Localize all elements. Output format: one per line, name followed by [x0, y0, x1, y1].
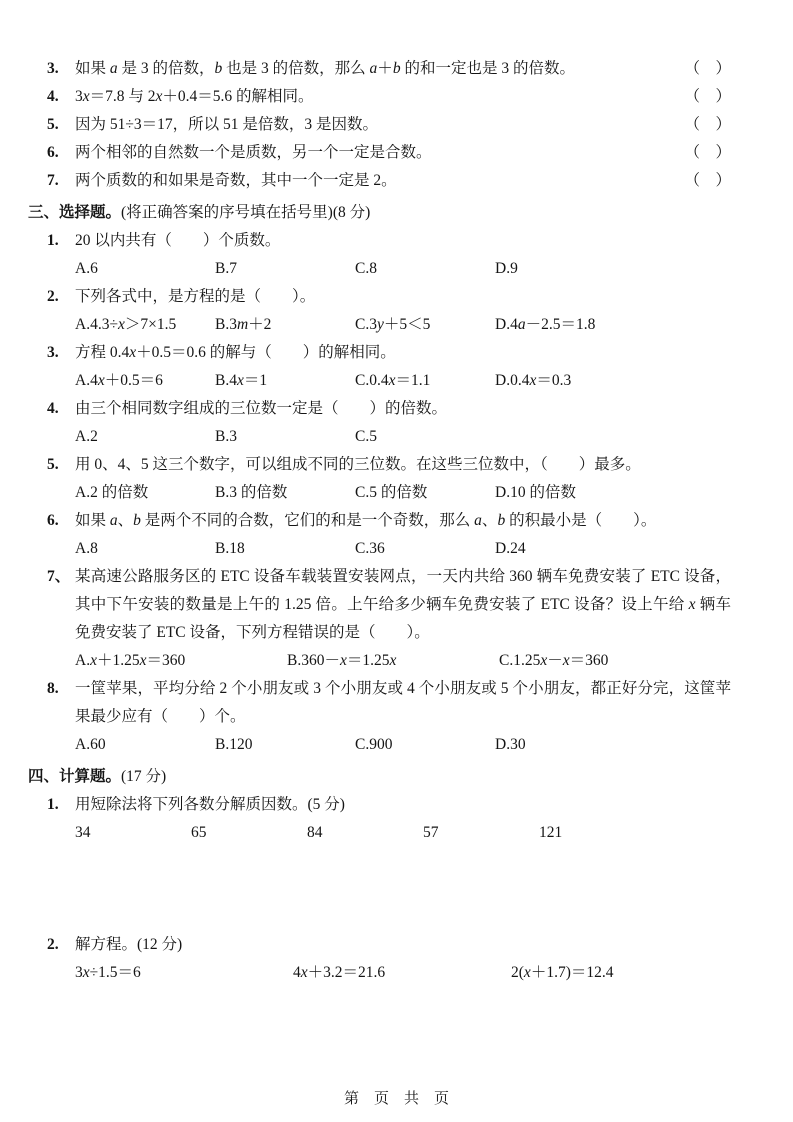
question-stem-row: 1. 20 以内共有（ ）个质数。 — [28, 227, 731, 255]
option: B.3 的倍数 — [215, 479, 355, 507]
section-note: (将正确答案的序号填在括号里)(8 分) — [121, 204, 370, 221]
true-false-item: 3. 如果 a 是 3 的倍数，b 也是 3 的倍数，那么 a＋b 的和一定也是… — [28, 55, 731, 83]
number-item: 34 — [75, 819, 191, 847]
number-item: 57 — [423, 819, 539, 847]
number-item: 121 — [539, 819, 655, 847]
option: A.x＋1.25x＝360 — [75, 647, 287, 675]
option: C.1.25x－x＝360 — [499, 647, 711, 675]
question-stem: 方程 0.4x＋0.5＝0.6 的解与（ ）的解相同。 — [75, 339, 731, 367]
question: 8. 一筐苹果，平均分给 2 个小朋友或 3 个小朋友或 4 个小朋友或 5 个… — [28, 675, 731, 759]
options-row: A.6 B.7 C.8 D.9 — [28, 255, 731, 283]
question-number: 5. — [47, 451, 75, 479]
question-stem-row: 5. 用 0、4、5 这三个数字，可以组成不同的三位数。在这些三位数中，（ ）最… — [28, 451, 731, 479]
option: B.120 — [215, 731, 355, 759]
question-stem: 用 0、4、5 这三个数字，可以组成不同的三位数。在这些三位数中，（ ）最多。 — [75, 451, 731, 479]
sub-question-text: 用短除法将下列各数分解质因数。(5 分) — [75, 791, 731, 819]
option: C.0.4x＝1.1 — [355, 367, 495, 395]
option: B.3m＋2 — [215, 311, 355, 339]
question-stem: 如果 a、b 是两个不同的合数，它们的和是一个奇数，那么 a、b 的积最小是（ … — [75, 507, 731, 535]
sub-question-text: 解方程。(12 分) — [75, 931, 731, 959]
true-false-item: 6. 两个相邻的自然数一个是质数，另一个一定是合数。 （ ） — [28, 139, 731, 167]
options-row: A.4.3÷x＞7×1.5 B.3m＋2 C.3y＋5＜5 D.4a－2.5＝1… — [28, 311, 731, 339]
item-text: 两个质数的和如果是奇数，其中一个一定是 2。 — [75, 167, 676, 195]
equation-item: 3x÷1.5＝6 — [75, 959, 293, 987]
option: B.18 — [215, 535, 355, 563]
option: B.3 — [215, 423, 355, 451]
section-title: 三、选择题。 — [28, 204, 121, 221]
section-heading: 三、选择题。(将正确答案的序号填在括号里)(8 分) — [28, 199, 731, 227]
calculation-section: 四、计算题。(17 分) 1. 用短除法将下列各数分解质因数。(5 分) 34 … — [28, 763, 731, 987]
true-false-item: 7. 两个质数的和如果是奇数，其中一个一定是 2。 （ ） — [28, 167, 731, 195]
true-false-item: 5. 因为 51÷3＝17，所以 51 是倍数，3 是因数。 （ ） — [28, 111, 731, 139]
true-false-item: 4. 3x＝7.8 与 2x＋0.4＝5.6 的解相同。 （ ） — [28, 83, 731, 111]
question: 1. 20 以内共有（ ）个质数。 A.6 B.7 C.8 D.9 — [28, 227, 731, 283]
option: D.9 — [495, 255, 635, 283]
options-row: A.60 B.120 C.900 D.30 — [28, 731, 731, 759]
option: D.0.4x＝0.3 — [495, 367, 635, 395]
option: D.4a－2.5＝1.8 — [495, 311, 635, 339]
question: 3. 方程 0.4x＋0.5＝0.6 的解与（ ）的解相同。 A.4x＋0.5＝… — [28, 339, 731, 395]
option: D.10 的倍数 — [495, 479, 635, 507]
exam-page: 3. 如果 a 是 3 的倍数，b 也是 3 的倍数，那么 a＋b 的和一定也是… — [0, 0, 793, 1122]
item-number: 3. — [47, 55, 75, 83]
option: B.4x＝1 — [215, 367, 355, 395]
option: B.7 — [215, 255, 355, 283]
question: 5. 用 0、4、5 这三个数字，可以组成不同的三位数。在这些三位数中，（ ）最… — [28, 451, 731, 507]
question-number: 6. — [47, 507, 75, 535]
question-stem: 20 以内共有（ ）个质数。 — [75, 227, 731, 255]
section-note: (17 分) — [121, 768, 166, 785]
question-stem-row: 2. 下列各式中，是方程的是（ ）。 — [28, 283, 731, 311]
question-stem: 由三个相同数字组成的三位数一定是（ ）的倍数。 — [75, 395, 731, 423]
question-stem: 某高速公路服务区的 ETC 设备车载装置安装网点，一天内共给 360 辆车免费安… — [75, 563, 731, 647]
answer-bracket: （ ） — [676, 83, 731, 111]
option: A.4x＋0.5＝6 — [75, 367, 215, 395]
question-stem: 下列各式中，是方程的是（ ）。 — [75, 283, 731, 311]
option: C.5 的倍数 — [355, 479, 495, 507]
sub-question: 2. 解方程。(12 分) — [28, 931, 731, 959]
options-row: A.2 的倍数 B.3 的倍数 C.5 的倍数 D.10 的倍数 — [28, 479, 731, 507]
answer-bracket: （ ） — [676, 111, 731, 139]
factorization-numbers-row: 34 65 84 57 121 — [28, 819, 731, 847]
question-number: 3. — [47, 339, 75, 367]
question-number: 4. — [47, 395, 75, 423]
options-row: A.8 B.18 C.36 D.24 — [28, 535, 731, 563]
question: 4. 由三个相同数字组成的三位数一定是（ ）的倍数。 A.2 B.3 C.5 — [28, 395, 731, 451]
equation-item: 2(x＋1.7)＝12.4 — [511, 959, 729, 987]
option: C.8 — [355, 255, 495, 283]
question-number: 8. — [47, 675, 75, 731]
item-number: 5. — [47, 111, 75, 139]
item-number: 4. — [47, 83, 75, 111]
option: A.2 的倍数 — [75, 479, 215, 507]
question-number: 7、 — [47, 563, 75, 647]
page-footer: 第 页 共 页 — [0, 1089, 793, 1109]
option: A.4.3÷x＞7×1.5 — [75, 311, 215, 339]
question-stem-row: 8. 一筐苹果，平均分给 2 个小朋友或 3 个小朋友或 4 个小朋友或 5 个… — [28, 675, 731, 731]
item-text: 如果 a 是 3 的倍数，b 也是 3 的倍数，那么 a＋b 的和一定也是 3 … — [75, 55, 676, 83]
answer-bracket: （ ） — [676, 139, 731, 167]
option: C.5 — [355, 423, 495, 451]
item-text: 3x＝7.8 与 2x＋0.4＝5.6 的解相同。 — [75, 83, 676, 111]
option: A.60 — [75, 731, 215, 759]
question-stem-row: 7、 某高速公路服务区的 ETC 设备车载装置安装网点，一天内共给 360 辆车… — [28, 563, 731, 647]
section-title: 四、计算题。 — [28, 768, 121, 785]
true-false-section: 3. 如果 a 是 3 的倍数，b 也是 3 的倍数，那么 a＋b 的和一定也是… — [28, 55, 731, 195]
section-heading: 四、计算题。(17 分) — [28, 763, 731, 791]
question-stem-row: 4. 由三个相同数字组成的三位数一定是（ ）的倍数。 — [28, 395, 731, 423]
equation-item: 4x＋3.2＝21.6 — [293, 959, 511, 987]
option: A.6 — [75, 255, 215, 283]
question: 7、 某高速公路服务区的 ETC 设备车载装置安装网点，一天内共给 360 辆车… — [28, 563, 731, 675]
options-row: A.4x＋0.5＝6 B.4x＝1 C.0.4x＝1.1 D.0.4x＝0.3 — [28, 367, 731, 395]
sub-question: 1. 用短除法将下列各数分解质因数。(5 分) — [28, 791, 731, 819]
answer-bracket: （ ） — [676, 167, 731, 195]
option: B.360－x＝1.25x — [287, 647, 499, 675]
question-stem: 一筐苹果，平均分给 2 个小朋友或 3 个小朋友或 4 个小朋友或 5 个小朋友… — [75, 675, 731, 731]
option: C.900 — [355, 731, 495, 759]
sub-question-number: 1. — [47, 791, 75, 819]
question-number: 1. — [47, 227, 75, 255]
answer-bracket: （ ） — [676, 55, 731, 83]
option: A.8 — [75, 535, 215, 563]
equations-row: 3x÷1.5＝6 4x＋3.2＝21.6 2(x＋1.7)＝12.4 — [28, 959, 731, 987]
sub-question-number: 2. — [47, 931, 75, 959]
multiple-choice-section: 三、选择题。(将正确答案的序号填在括号里)(8 分) 1. 20 以内共有（ ）… — [28, 199, 731, 759]
item-number: 7. — [47, 167, 75, 195]
option: A.2 — [75, 423, 215, 451]
option: D.30 — [495, 731, 635, 759]
question: 2. 下列各式中，是方程的是（ ）。 A.4.3÷x＞7×1.5 B.3m＋2 … — [28, 283, 731, 339]
number-item: 65 — [191, 819, 307, 847]
question: 6. 如果 a、b 是两个不同的合数，它们的和是一个奇数，那么 a、b 的积最小… — [28, 507, 731, 563]
options-row: A.x＋1.25x＝360 B.360－x＝1.25x C.1.25x－x＝36… — [28, 647, 731, 675]
option: D.24 — [495, 535, 635, 563]
item-number: 6. — [47, 139, 75, 167]
question-stem-row: 6. 如果 a、b 是两个不同的合数，它们的和是一个奇数，那么 a、b 的积最小… — [28, 507, 731, 535]
question-stem-row: 3. 方程 0.4x＋0.5＝0.6 的解与（ ）的解相同。 — [28, 339, 731, 367]
item-text: 因为 51÷3＝17，所以 51 是倍数，3 是因数。 — [75, 111, 676, 139]
number-item: 84 — [307, 819, 423, 847]
page-content: 3. 如果 a 是 3 的倍数，b 也是 3 的倍数，那么 a＋b 的和一定也是… — [28, 55, 731, 987]
option: C.3y＋5＜5 — [355, 311, 495, 339]
options-row: A.2 B.3 C.5 — [28, 423, 731, 451]
item-text: 两个相邻的自然数一个是质数，另一个一定是合数。 — [75, 139, 676, 167]
option: C.36 — [355, 535, 495, 563]
question-number: 2. — [47, 283, 75, 311]
